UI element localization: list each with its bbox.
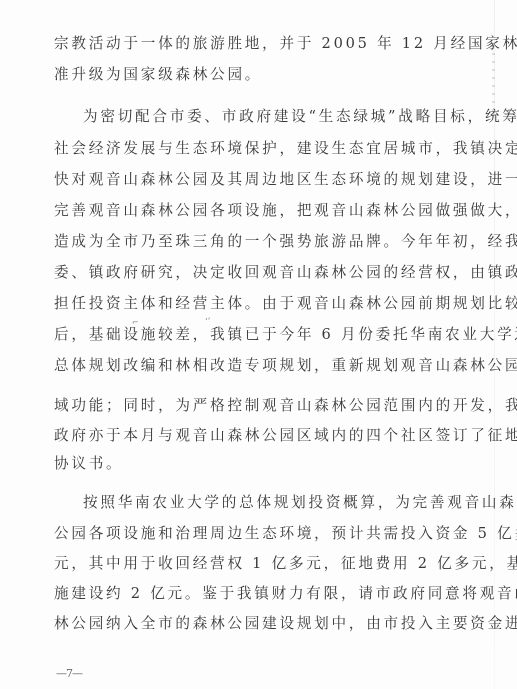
text-line: 总体规划改编和林相改造专项规划，重新规划观音山森林公园区 (54, 356, 464, 376)
text-line: 林公园纳入全市的森林公园建设规划中，由市投入主要资金进行 (54, 614, 464, 634)
text-line: 担任投资主体和经营主体。由于观音山森林公园前期规划比较落 (54, 294, 464, 314)
text-line: 完善观音山森林公园各项设施，把观音山森林公园做强做大，打 (54, 201, 464, 221)
text-line: 快对观音山森林公园及其周边地区生态环境的规划建设，进一步 (54, 170, 464, 190)
text-line: 政府亦于本月与观音山森林公园区域内的四个社区签订了征地 (54, 426, 464, 446)
text-line: 准升级为国家级森林公园。 (54, 65, 262, 85)
scan-dots-artifact (492, 45, 495, 115)
text-line: 协议书。 (54, 454, 123, 474)
paragraph-start-line: 按照华南农业大学的总体规划投资概算，为完善观音山森林 (83, 493, 464, 513)
text-line: 后，基础设施较差，我镇已于今年 6 月份委托华南农业大学进行 (54, 325, 464, 345)
text-line: 造成为全市乃至珠三角的一个强势旅游品牌。今年年初，经我镇 (54, 232, 464, 252)
document-page: 宗教活动于一体的旅游胜地，并于 2005 年 12 月经国家林业局批 准升级为国… (0, 0, 517, 689)
page-number: —7— (56, 667, 82, 680)
text-line: 元，其中用于收回经营权 1 亿多元，征地费用 2 亿多元，基础设 (54, 554, 464, 574)
text-line: 委、镇政府研究，决定收回观音山森林公园的经营权，由镇政府 (54, 263, 464, 283)
pen-mark: ⌐ (132, 318, 139, 327)
text-line: 社会经济发展与生态环境保护，建设生态宜居城市，我镇决定加 (54, 139, 464, 159)
text-line: 域功能；同时，为严格控制观音山森林公园范围内的开发，我镇 (54, 396, 464, 416)
text-line: 公园各项设施和治理周边生态环境，预计共需投入资金 5 亿多 (54, 524, 464, 544)
pen-mark: ʻʼ (205, 317, 210, 326)
paragraph-start-line: 为密切配合市委、市政府建设“生态绿城”战略目标，统筹 (83, 107, 464, 127)
pen-mark: ʼ (82, 69, 85, 78)
text-line: 宗教活动于一体的旅游胜地，并于 2005 年 12 月经国家林业局批 (54, 34, 464, 54)
text-line: 施建设约 2 亿元。鉴于我镇财力有限，请市政府同意将观音山森 (54, 584, 464, 604)
